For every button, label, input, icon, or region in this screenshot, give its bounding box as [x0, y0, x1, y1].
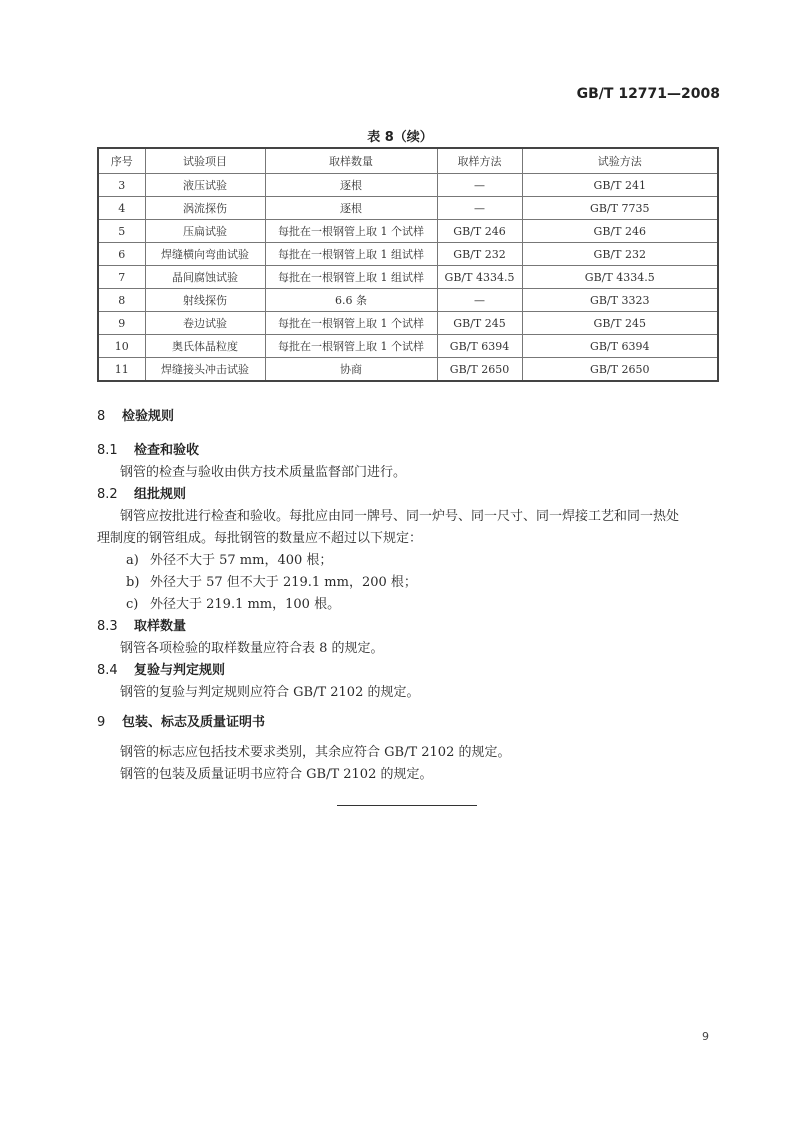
table-cell: 涡流探伤: [145, 197, 265, 220]
table-cell: 6.6 条: [265, 289, 437, 312]
table-row: 11 焊缝接头冲击试验 协商 GB/T 2650 GB/T 2650: [98, 358, 718, 382]
table-cell: 11: [98, 358, 145, 382]
section-8-3-text: 钢管各项检验的取样数量应符合表 8 的规定。: [120, 637, 384, 656]
table-cell: GB/T 4334.5: [437, 266, 522, 289]
table-cell: —: [437, 289, 522, 312]
list-item-text: 外径不大于 57 mm，400 根；: [150, 553, 332, 568]
table-cell: 每批在一根钢管上取 1 个试样: [265, 312, 437, 335]
column-header: 试验方法: [522, 148, 718, 174]
table-cell: GB/T 232: [522, 243, 718, 266]
section-8-1-heading: 8.1检查和验收: [97, 439, 199, 458]
list-item-label: a): [126, 553, 150, 568]
list-item: b)外径大于 57 但不大于 219.1 mm，200 根；: [126, 571, 417, 590]
table-row: 4 涡流探伤 逐根 — GB/T 7735: [98, 197, 718, 220]
table-cell: —: [437, 197, 522, 220]
list-item: a)外径不大于 57 mm，400 根；: [126, 549, 332, 568]
table-cell: 液压试验: [145, 174, 265, 197]
section-number: 8.4: [97, 663, 134, 678]
table-cell: GB/T 7735: [522, 197, 718, 220]
table-row: 3 液压试验 逐根 — GB/T 241: [98, 174, 718, 197]
section-8-2-text-line1: 钢管应按批进行检查和验收。每批应由同一牌号、同一炉号、同一尺寸、同一焊接工艺和同…: [120, 505, 679, 524]
table-cell: GB/T 6394: [522, 335, 718, 358]
list-item-label: c): [126, 597, 150, 612]
column-header: 取样数量: [265, 148, 437, 174]
table-cell: 逐根: [265, 174, 437, 197]
table-cell: GB/T 232: [437, 243, 522, 266]
column-header: 试验项目: [145, 148, 265, 174]
section-title: 组批规则: [134, 487, 186, 502]
table-cell: 协商: [265, 358, 437, 382]
table-row: 10 奥氏体晶粒度 每批在一根钢管上取 1 个试样 GB/T 6394 GB/T…: [98, 335, 718, 358]
table-cell: GB/T 241: [522, 174, 718, 197]
page-number: 9: [702, 1030, 709, 1043]
section-8-heading: 8检验规则: [97, 405, 174, 424]
table-cell: GB/T 4334.5: [522, 266, 718, 289]
section-8-4-text: 钢管的复验与判定规则应符合 GB/T 2102 的规定。: [120, 681, 419, 700]
table-cell: 3: [98, 174, 145, 197]
table-cell: 晶间腐蚀试验: [145, 266, 265, 289]
list-item-text: 外径大于 57 但不大于 219.1 mm，200 根；: [150, 575, 417, 590]
table-cell: 每批在一根钢管上取 1 个试样: [265, 220, 437, 243]
section-title: 包装、标志及质量证明书: [122, 715, 265, 730]
table-cell: 射线探伤: [145, 289, 265, 312]
section-title: 检验规则: [122, 409, 174, 424]
column-header: 取样方法: [437, 148, 522, 174]
table-cell: 8: [98, 289, 145, 312]
table-cell: GB/T 3323: [522, 289, 718, 312]
table-header-row: 序号 试验项目 取样数量 取样方法 试验方法: [98, 148, 718, 174]
table-row: 9 卷边试验 每批在一根钢管上取 1 个试样 GB/T 245 GB/T 245: [98, 312, 718, 335]
table-cell: 压扁试验: [145, 220, 265, 243]
table-cell: —: [437, 174, 522, 197]
section-title: 检查和验收: [134, 443, 199, 458]
table-cell: 9: [98, 312, 145, 335]
table-row: 5 压扁试验 每批在一根钢管上取 1 个试样 GB/T 246 GB/T 246: [98, 220, 718, 243]
section-number: 8.3: [97, 619, 134, 634]
table-row: 6 焊缝横向弯曲试验 每批在一根钢管上取 1 组试样 GB/T 232 GB/T…: [98, 243, 718, 266]
section-title: 复验与判定规则: [134, 663, 225, 678]
section-number: 8.2: [97, 487, 134, 502]
table-cell: 5: [98, 220, 145, 243]
table-cell: GB/T 246: [437, 220, 522, 243]
list-item: c)外径大于 219.1 mm，100 根。: [126, 593, 340, 612]
table-cell: 7: [98, 266, 145, 289]
table-row: 8 射线探伤 6.6 条 — GB/T 3323: [98, 289, 718, 312]
test-table: 序号 试验项目 取样数量 取样方法 试验方法 3 液压试验 逐根 — GB/T …: [97, 147, 719, 382]
table-cell: GB/T 2650: [437, 358, 522, 382]
section-8-2-text-line2: 理制度的钢管组成。每批钢管的数量应不超过以下规定：: [97, 527, 422, 546]
table-cell: GB/T 6394: [437, 335, 522, 358]
table-cell: 每批在一根钢管上取 1 个试样: [265, 335, 437, 358]
section-number: 9: [97, 715, 122, 730]
table-cell: GB/T 245: [437, 312, 522, 335]
table-cell: 6: [98, 243, 145, 266]
table-cell: 卷边试验: [145, 312, 265, 335]
table-cell: 4: [98, 197, 145, 220]
section-8-4-heading: 8.4复验与判定规则: [97, 659, 225, 678]
table-cell: 10: [98, 335, 145, 358]
section-number: 8: [97, 409, 122, 424]
table-cell: GB/T 245: [522, 312, 718, 335]
table-cell: 奥氏体晶粒度: [145, 335, 265, 358]
section-number: 8.1: [97, 443, 134, 458]
table-cell: 焊缝横向弯曲试验: [145, 243, 265, 266]
table-cell: 逐根: [265, 197, 437, 220]
end-rule-divider: [337, 805, 477, 806]
list-item-label: b): [126, 575, 150, 590]
section-9-para-2: 钢管的包装及质量证明书应符合 GB/T 2102 的规定。: [120, 763, 432, 782]
section-8-3-heading: 8.3取样数量: [97, 615, 186, 634]
list-item-text: 外径大于 219.1 mm，100 根。: [150, 597, 340, 612]
section-8-2-heading: 8.2组批规则: [97, 483, 186, 502]
section-9-heading: 9包装、标志及质量证明书: [97, 711, 265, 730]
table-cell: 每批在一根钢管上取 1 组试样: [265, 243, 437, 266]
table-cell: GB/T 246: [522, 220, 718, 243]
table-cell: 焊缝接头冲击试验: [145, 358, 265, 382]
table-cell: 每批在一根钢管上取 1 组试样: [265, 266, 437, 289]
table-row: 7 晶间腐蚀试验 每批在一根钢管上取 1 组试样 GB/T 4334.5 GB/…: [98, 266, 718, 289]
column-header: 序号: [98, 148, 145, 174]
section-8-1-text: 钢管的检查与验收由供方技术质量监督部门进行。: [120, 461, 406, 480]
table-caption: 表 8（续）: [0, 126, 800, 145]
section-title: 取样数量: [134, 619, 186, 634]
section-9-para-1: 钢管的标志应包括技术要求类别，其余应符合 GB/T 2102 的规定。: [120, 741, 510, 760]
table-cell: GB/T 2650: [522, 358, 718, 382]
standard-code: GB/T 12771—2008: [577, 86, 720, 102]
